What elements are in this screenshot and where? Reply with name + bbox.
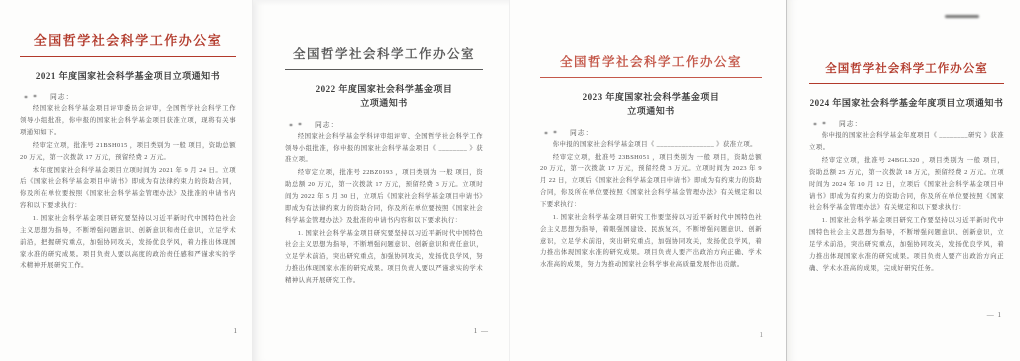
paragraph: 1. 国家社会科学基金项目研究工作要坚持以习近平新时代中国特色社会主义思想为指导… <box>540 212 762 271</box>
notice-body: 你申报的国家社会科学基金年度项目《 ________研究 》获准立项。经审定立项… <box>809 130 1004 274</box>
paragraph: 1. 国家社会科学基金项目研究要坚持以习近平新时代中国特色社会主义思想为指导，不… <box>285 228 483 287</box>
page-number: — 1 <box>987 311 1002 319</box>
notice-body: 经国家社会科学基金项目评审委员会评审，全国哲学社会科学工作领导小组批准，你申报的… <box>20 103 236 272</box>
salutation: 同志： <box>22 91 236 101</box>
paragraph: 1. 国家社会科学基金项目研究要坚持以习近平新时代中国特色社会主义思想为指导，不… <box>20 213 236 272</box>
notice-title: 2024 年国家社会科学基金年度项目立项通知书 <box>809 96 1004 110</box>
document-page-2022: 全国哲学社会科学工作办公室 2022 年度国家社会科学基金项目立项通知书 同志：… <box>252 0 509 361</box>
office-masthead: 全国哲学社会科学工作办公室 <box>20 30 236 49</box>
document-page-2021: 全国哲学社会科学工作办公室 2021 年度国家社会科学基金项目立项通知书 同志：… <box>0 0 252 361</box>
document-page-2023: 全国哲学社会科学工作办公室 2023 年度国家社会科学基金项目立项通知书 同志：… <box>509 0 786 361</box>
paragraph: 经审定立项，批准号 23BSH051 ，项目类别为 一般 项目，资助总额 20 … <box>540 152 762 211</box>
paragraph: 经审定立项，批准号 22BZ0193 ，项目类别为 一般 项目，资助总额 20 … <box>285 167 483 226</box>
office-masthead: 全国哲学社会科学工作办公室 <box>285 44 483 62</box>
notice-title-line: 2022 年度国家社会科学基金项目 <box>285 82 483 96</box>
masthead-rule <box>540 77 762 78</box>
page-inner: 全国哲学社会科学工作办公室 2023 年度国家社会科学基金项目立项通知书 同志：… <box>510 0 786 361</box>
page-number: 1 — <box>474 327 489 335</box>
salutation: 同志： <box>287 119 483 129</box>
notice-title-line: 立项通知书 <box>540 104 762 118</box>
page-inner: 全国哲学社会科学工作办公室 2024 年国家社会科学基金年度项目立项通知书 同志… <box>787 0 1020 361</box>
office-masthead: 全国哲学社会科学工作办公室 <box>809 60 1004 76</box>
page-number: 1 <box>234 327 239 335</box>
notice-title: 2022 年度国家社会科学基金项目立项通知书 <box>285 82 483 111</box>
paragraph: 经审定立项，批准号 24BGL320 ，项目类别为 一般 项目，资助总额 25 … <box>809 155 1004 214</box>
masthead-rule <box>809 83 1004 84</box>
office-masthead: 全国哲学社会科学工作办公室 <box>540 52 762 70</box>
notice-body: 你申报的国家社会科学基金项目《 ________________ 》获准立项。经… <box>540 139 762 271</box>
notice-body: 经国家社会科学基金学科评审组评审、全国哲学社会科学工作领导小组批准，你申报的国家… <box>285 131 483 287</box>
salutation: 同志： <box>811 118 1004 128</box>
paragraph: 本年度国家社会科学基金项目立项时间为 2021 年 9 月 24 日。立项后《国… <box>20 165 236 212</box>
paragraph: 你申报的国家社会科学基金项目《 ________________ 》获准立项。 <box>540 139 762 151</box>
notice-title-line: 立项通知书 <box>285 96 483 110</box>
masthead-rule <box>285 69 483 70</box>
notice-title-line: 2023 年度国家社会科学基金项目 <box>540 90 762 104</box>
document-page-2024: 全国哲学社会科学工作办公室 2024 年国家社会科学基金年度项目立项通知书 同志… <box>786 0 1020 361</box>
salutation: 同志： <box>542 127 762 137</box>
paragraph: 你申报的国家社会科学基金年度项目《 ________研究 》获准立项。 <box>809 130 1004 154</box>
masthead-rule <box>20 56 236 57</box>
paragraph: 经国家社会科学基金项目评审委员会评审，全国哲学社会科学工作领导小组批准，你申报的… <box>20 103 236 139</box>
notice-title: 2021 年度国家社会科学基金项目立项通知书 <box>20 69 236 83</box>
scanned-documents-strip: 全国哲学社会科学工作办公室 2021 年度国家社会科学基金项目立项通知书 同志：… <box>0 0 1020 361</box>
paragraph: 经国家社会科学基金学科评审组评审、全国哲学社会科学工作领导小组批准，你申报的国家… <box>285 131 483 167</box>
page-inner: 全国哲学社会科学工作办公室 2022 年度国家社会科学基金项目立项通知书 同志：… <box>253 0 509 361</box>
page-number: 1 <box>760 331 765 339</box>
notice-title-line: 2021 年度国家社会科学基金项目立项通知书 <box>20 69 236 83</box>
notice-title: 2023 年度国家社会科学基金项目立项通知书 <box>540 90 762 119</box>
paragraph: 经审定立项，批准号 21BSH015 ，项目类别为 一般 项目，资助总额 20 … <box>20 140 236 164</box>
notice-title-line: 2024 年国家社会科学基金年度项目立项通知书 <box>809 96 1004 110</box>
page-inner: 全国哲学社会科学工作办公室 2021 年度国家社会科学基金项目立项通知书 同志：… <box>0 0 252 361</box>
paragraph: 1. 国家社会科学基金项目研究工作要坚持以习近平新时代中国特色社会主义思想为指导… <box>809 215 1004 274</box>
